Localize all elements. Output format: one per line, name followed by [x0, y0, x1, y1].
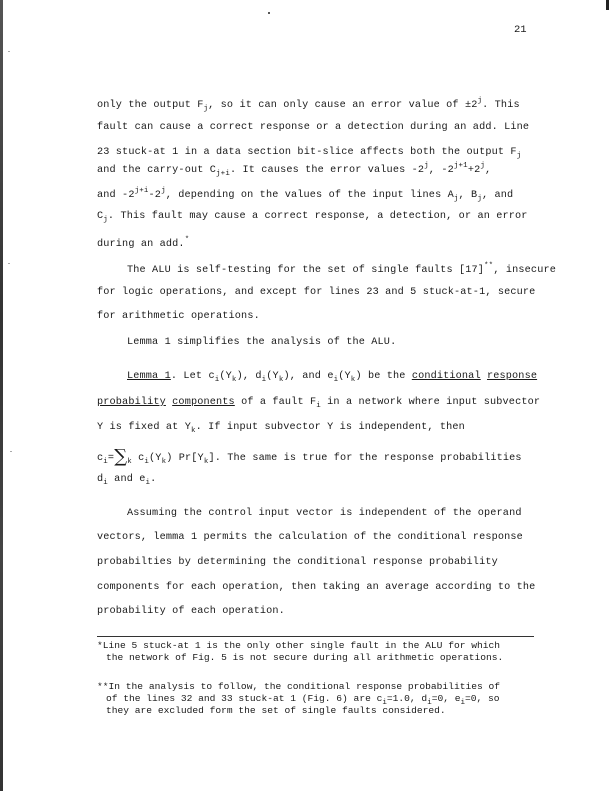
- scan-edge-left: [0, 0, 3, 791]
- body-line: during an add.*: [97, 236, 189, 250]
- body-line: probabilties by determining the conditio…: [97, 557, 498, 568]
- body-line: 23 stuck-at 1 in a data section bit-slic…: [97, 147, 521, 160]
- body-line: Lemma 1 simplifies the analysis of the A…: [127, 337, 396, 348]
- footnote-2: **In the analysis to follow, the conditi…: [97, 681, 500, 693]
- body-line: Assuming the control input vector is ind…: [127, 508, 522, 519]
- page-number: 21: [514, 24, 527, 36]
- body-line: and the carry-out Cj+i. It causes the er…: [97, 162, 491, 178]
- summation-sign: ∑: [114, 446, 127, 467]
- scan-speck: [8, 51, 10, 52]
- body-line: probability of each operation.: [97, 606, 285, 617]
- body-line: The ALU is self-testing for the set of s…: [127, 262, 556, 276]
- footnote-rule: [97, 636, 534, 637]
- scan-speck: [8, 263, 10, 264]
- body-line: for arithmetic operations.: [97, 311, 260, 322]
- body-line: fault can cause a correct response or a …: [97, 122, 529, 133]
- lemma-line: di and ei.: [97, 474, 156, 487]
- footnote-2-cont: they are excluded form the set of single…: [106, 705, 446, 717]
- body-line: for logic operations, and except for lin…: [97, 287, 535, 298]
- lemma-line: probability components of a fault Fi in …: [97, 397, 540, 410]
- footnote-1-cont: the network of Fig. 5 is not secure duri…: [106, 652, 503, 664]
- lemma-equation: ci=∑k ci(Yk) Pr[Yk]. The same is true fo…: [97, 444, 522, 466]
- body-line: only the output Fj, so it can only cause…: [97, 97, 520, 113]
- body-line: Cj. This fault may cause a correct respo…: [97, 211, 528, 224]
- body-line: and -2j+i-2j, depending on the values of…: [97, 187, 513, 203]
- scan-edge-right: [606, 0, 609, 10]
- lemma-line: Y is fixed at Yk. If input subvector Y i…: [97, 422, 465, 435]
- lemma-title: Lemma 1: [127, 371, 171, 382]
- body-line: vectors, lemma 1 permits the calculation…: [97, 532, 523, 543]
- body-line: components for each operation, then taki…: [97, 582, 535, 593]
- scan-speck: [10, 451, 12, 452]
- footnote-1: *Line 5 stuck-at 1 is the only other sin…: [97, 640, 500, 652]
- scan-speck: [268, 12, 270, 14]
- lemma-line: Lemma 1. Let ci(Yk), di(Yk), and ei(Yk) …: [127, 371, 537, 384]
